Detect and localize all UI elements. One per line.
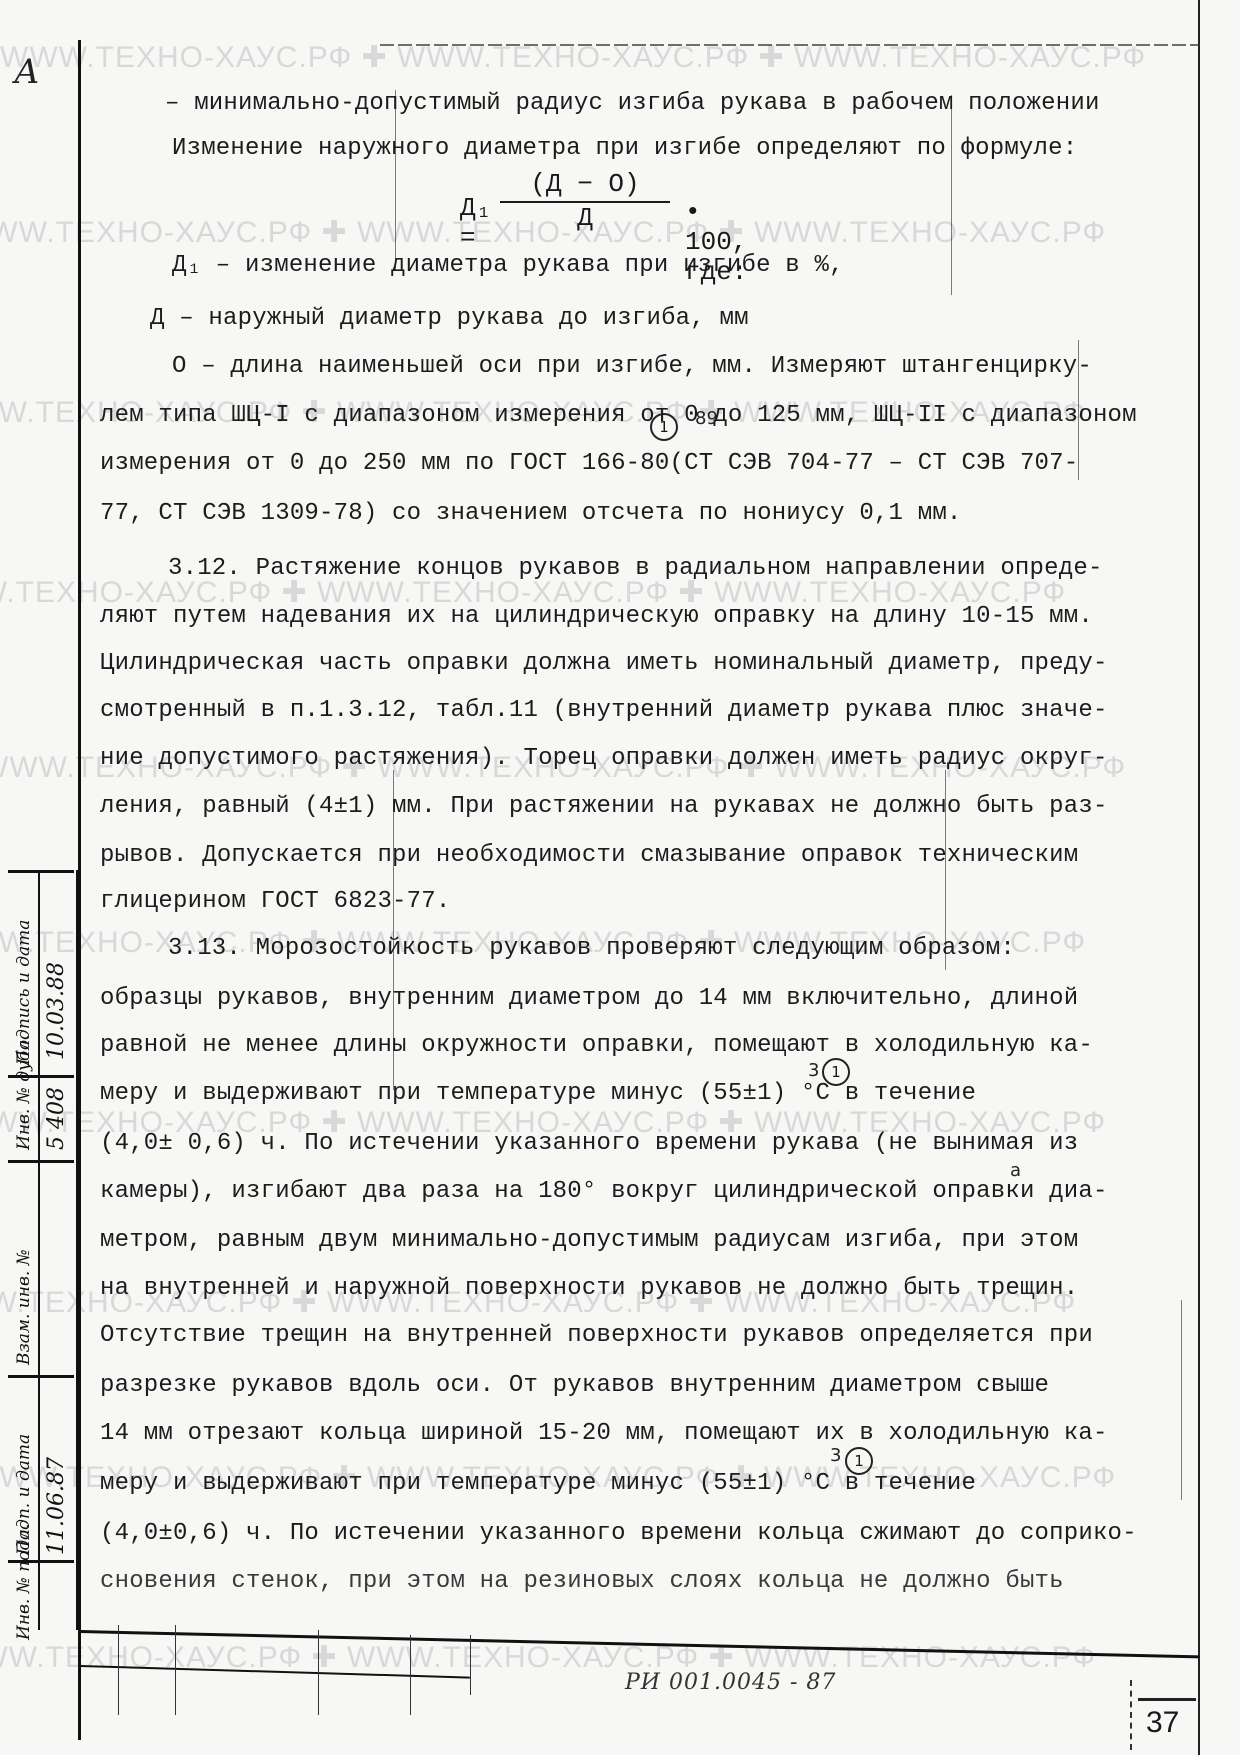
- scan-line: [951, 95, 952, 295]
- text-line: Изменение наружного диаметра при изгибе …: [172, 135, 1077, 162]
- stamp-rule: [8, 1375, 74, 1378]
- footer-rule: [80, 1665, 470, 1679]
- document-page: WWW.ТЕХНО-ХАУС.РФ ✚ WWW.ТЕХНО-ХАУС.РФ ✚ …: [0, 0, 1240, 1755]
- text-line: смотренный в п.1.3.12, табл.11 (внутренн…: [100, 697, 1108, 724]
- circled-correction-mark: 1: [650, 413, 678, 441]
- formula-lhs: Д₁ =: [460, 193, 491, 253]
- page-box-header: [1138, 1684, 1196, 1701]
- text-line: сновения стенок, при этом на резиновых с…: [100, 1568, 1064, 1595]
- text-line: Д₁ – изменение диаметра рукава при изгиб…: [172, 252, 844, 279]
- text-line: ние допустимого растяжения). Торец оправ…: [100, 745, 1108, 772]
- document-code: РИ 001.0045 - 87: [625, 1670, 836, 1695]
- text-line: разрезке рукавов вдоль оси. От рукавов в…: [100, 1372, 1049, 1399]
- page-frame-right: [1198, 0, 1200, 1755]
- correction-mark: 3: [830, 1445, 841, 1466]
- text-line: 77, СТ СЭВ 1309-78) со значением отсчета…: [100, 500, 962, 527]
- text-line: на внутренней и наружной поверхности рук…: [100, 1275, 1078, 1302]
- text-line: лем типа ШЦ-I с диапазоном измерения от …: [100, 402, 1137, 429]
- stamp-divider: [38, 870, 40, 1630]
- section-3-13-heading: 3.13. Морозостойкость рукавов проверяют …: [168, 935, 1015, 962]
- text-line: Д – наружный диаметр рукава до изгиба, м…: [150, 305, 749, 332]
- footer-divider: [470, 1635, 471, 1695]
- stamp-label-inv-podl: Инв. № подл.: [14, 1524, 34, 1640]
- footer-divider: [175, 1625, 176, 1715]
- stamp-label-inv-dubl: Инв. № дубл.: [14, 1035, 34, 1150]
- correction-mark: 3: [808, 1060, 819, 1081]
- stamp-value-sign-date: 10.03.88: [44, 962, 69, 1060]
- footer-divider: [318, 1630, 319, 1715]
- section-3-12-heading: 3.12. Растяжение концов рукавов в радиал…: [168, 555, 1103, 582]
- formula-denominator: Д: [500, 203, 670, 233]
- stamp-value-sign-date-2: 11.06.87: [44, 1457, 69, 1555]
- correction-mark: 89: [695, 408, 718, 429]
- scan-line: [1181, 1300, 1182, 1500]
- page-number: 37: [1146, 1706, 1179, 1740]
- text-line: Отсутствие трещин на внутренней поверхно…: [100, 1322, 1093, 1349]
- text-line: камеры), изгибают два раза на 180° вокру…: [100, 1178, 1108, 1205]
- page-number-box: 37: [1130, 1680, 1200, 1750]
- scan-line: [395, 90, 396, 270]
- footer-rule: [80, 1630, 1200, 1658]
- footer-divider: [118, 1625, 119, 1715]
- text-line: ления, равный (4±1) мм. При растяжении н…: [100, 793, 1108, 820]
- stamp-value-inv-dubl: 5 408: [44, 1087, 69, 1150]
- text-line: глицерином ГОСТ 6823-77.: [100, 888, 450, 915]
- corner-mark: А: [14, 52, 40, 92]
- text-line: образцы рукавов, внутренним диаметром до…: [100, 985, 1078, 1012]
- footer-divider: [410, 1635, 411, 1715]
- text-line: метром, равным двум минимально-допустимы…: [100, 1227, 1078, 1254]
- top-rule: [380, 44, 1200, 46]
- text-line: измерения от 0 до 250 мм по ГОСТ 166-80(…: [100, 450, 1078, 477]
- text-line: рывов. Допускается при необходимости сма…: [100, 842, 1078, 869]
- text-line: – минимально-допустимый радиус изгиба ру…: [165, 90, 1100, 117]
- text-line: О – длина наименьшей оси при изгибе, мм.…: [172, 353, 1092, 380]
- text-line: (4,0± 0,6) ч. По истечении указанного вр…: [100, 1130, 1078, 1157]
- formula-fraction: (Д − О) Д: [500, 169, 670, 233]
- text-line: 14 мм отрезают кольца шириной 15-20 мм, …: [100, 1420, 1108, 1447]
- formula-numerator: (Д − О): [500, 169, 670, 203]
- text-line: меру и выдерживают при температуре минус…: [100, 1470, 976, 1497]
- text-line: ляют путем надевания их на цилиндрическу…: [100, 603, 1093, 630]
- text-line: меру и выдерживают при температуре минус…: [100, 1080, 976, 1107]
- stamp-rule: [8, 1160, 74, 1163]
- stamp-rule: [8, 870, 74, 873]
- text-line: (4,0±0,6) ч. По истечении указанного вре…: [100, 1520, 1137, 1547]
- text-line: равной не менее длины окружности оправки…: [100, 1032, 1093, 1059]
- stamp-label-vzam-inv: Взам. инв. №: [14, 1249, 34, 1365]
- text-line: Цилиндрическая часть оправки должна имет…: [100, 650, 1108, 677]
